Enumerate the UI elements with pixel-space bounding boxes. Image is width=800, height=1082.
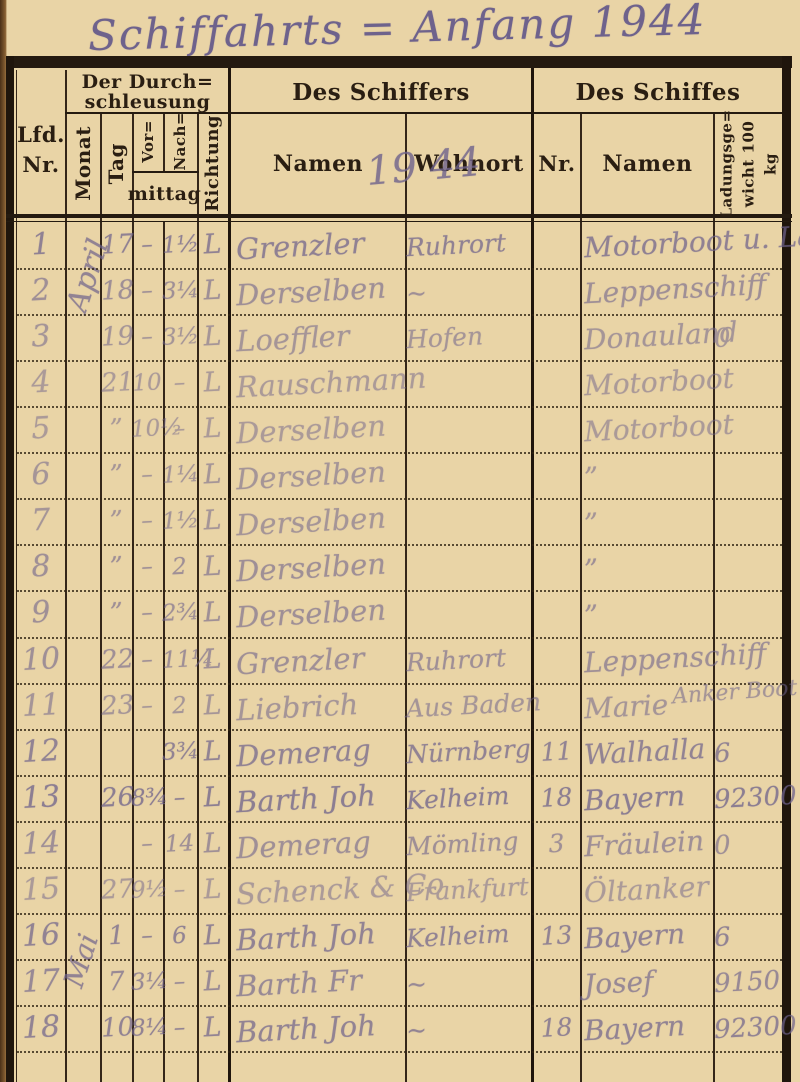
cell-richtung: L	[195, 452, 230, 498]
cell-tag: 19	[100, 314, 133, 360]
cell-tag: ”	[100, 591, 133, 637]
cell-schiff: ”	[583, 588, 715, 639]
cell-tag: 1	[100, 913, 133, 959]
cell-nach: –	[161, 1005, 198, 1051]
cell-tag: ”	[100, 499, 133, 545]
cell-nr: 10	[17, 636, 65, 682]
cell-richtung: L	[195, 775, 230, 821]
table-row: 18108¼–LBarth Joh~18Bayern92300	[0, 1005, 800, 1051]
cell-ladung: 92300	[713, 774, 795, 822]
cell-nach: –	[161, 406, 198, 452]
cell-schiffer: Barth Fr	[235, 956, 407, 1009]
cell-vor: –	[130, 591, 164, 637]
cell-nr: 17	[17, 959, 65, 1005]
cell-schiff: ”	[583, 542, 715, 593]
table-row: 161–6LBarth JohKelheim13Bayern6	[0, 913, 800, 959]
cell-schiffer: Derselben	[235, 541, 407, 594]
cell-nach: 1¼	[161, 452, 198, 498]
cell-nr: 14	[17, 821, 65, 867]
cell-schiff: Motorboot	[583, 358, 715, 409]
cell-vor: –	[130, 545, 164, 591]
table-row: 7”–1½LDerselben”	[0, 498, 800, 544]
cell-richtung: L	[195, 729, 230, 775]
table-row: 123¾LDemeragNürnberg11Walhalla6	[0, 729, 800, 775]
cell-schiffer: Barth Joh	[235, 771, 407, 824]
cell-vor: 8¼	[130, 1005, 164, 1051]
cell-schiff: Motorboot u. Lagger	[583, 220, 715, 271]
cell-nach: –	[161, 959, 198, 1005]
cell-richtung: L	[195, 222, 230, 268]
cell-nach: –	[161, 775, 198, 821]
table-row: 9”–2¾LDerselben”	[0, 590, 800, 636]
cell-vor: –	[130, 683, 164, 729]
cell-schiffer: Derselben	[235, 403, 407, 456]
cell-richtung: L	[195, 683, 230, 729]
cell-schiff_nr: 18	[532, 775, 581, 821]
cell-vor: 3¼	[130, 959, 164, 1005]
cell-schiffer: Loeffler	[235, 311, 407, 364]
cell-nr: 8	[17, 544, 65, 590]
cell-vor: –	[130, 637, 164, 683]
cell-richtung: L	[195, 1005, 230, 1051]
cell-nr: 16	[17, 913, 65, 959]
cell-schiffer: Demerag	[235, 725, 407, 778]
cell-schiff_nr: 18	[532, 1005, 581, 1051]
cell-schiffer: Grenzler	[235, 219, 407, 272]
cell-nr: 18	[17, 1005, 65, 1051]
cell-ladung: 0	[713, 820, 795, 868]
cell-nr: 13	[17, 775, 65, 821]
cell-tag: 17	[100, 222, 133, 268]
cell-nach: 1½	[161, 498, 198, 544]
cell-schiffer: Grenzler	[235, 633, 407, 686]
cell-vor: 9½	[130, 867, 164, 913]
table-row: 5”10½–LDerselbenMotorboot	[0, 406, 800, 452]
cell-tag: ”	[100, 545, 133, 591]
cell-richtung: L	[195, 867, 230, 913]
cell-richtung: L	[195, 821, 230, 867]
cell-schiff: Bayern	[583, 1003, 715, 1054]
cell-schiff-secondary: Anker Boot	[671, 666, 799, 719]
cell-vor: –	[130, 222, 164, 268]
cell-schiffer: Barth Joh	[235, 909, 407, 962]
cell-wohnort: Ruhrort	[405, 220, 533, 271]
cell-wohnort: ~	[405, 1003, 533, 1054]
cell-nr: 3	[17, 314, 65, 360]
cell-tag: 23	[100, 683, 133, 729]
table-row: 319–3½LLoefflerHofenDonauland0	[0, 314, 800, 360]
cell-schiff: Öltanker	[583, 864, 715, 915]
cell-wohnort: Nürnberg	[405, 726, 533, 777]
cell-wohnort: Kelheim	[405, 911, 533, 962]
cell-vor: –	[130, 821, 164, 867]
cell-wohnort: Mömling	[405, 818, 533, 869]
cell-nach: 3½	[161, 314, 198, 360]
cell-vor: –	[130, 268, 164, 314]
cell-nr: 7	[17, 498, 65, 544]
cell-richtung: L	[195, 913, 230, 959]
cell-nr: 5	[17, 406, 65, 452]
cell-nach: –	[161, 867, 198, 913]
cell-nr: 9	[17, 590, 65, 636]
cell-schiff: Bayern	[583, 772, 715, 823]
cell-tag: 18	[100, 268, 133, 314]
cell-richtung: L	[195, 545, 230, 591]
cell-tag: ”	[100, 453, 133, 499]
row-separator	[17, 1051, 782, 1053]
cell-nach: –	[161, 360, 198, 406]
cell-vor: 10	[130, 360, 164, 406]
cell-nr: 12	[17, 728, 65, 774]
cell-schiff: Bayern	[583, 911, 715, 962]
cell-schiff: Motorboot	[583, 404, 715, 455]
cell-richtung: L	[195, 360, 230, 406]
cell-ladung: 6	[713, 912, 795, 960]
cell-wohnort: Frankfurt	[405, 865, 533, 916]
cell-richtung: L	[195, 268, 230, 314]
cell-vor: –	[130, 314, 164, 360]
cell-tag: ”	[100, 406, 133, 452]
cell-richtung: L	[195, 499, 230, 545]
cell-nach: 3¾	[161, 729, 198, 775]
cell-nr: 6	[17, 452, 65, 498]
table-row: 13268¾–LBarth JohKelheim18Bayern92300	[0, 775, 800, 821]
cell-ladung: 9150	[713, 958, 795, 1006]
cell-ladung: 6	[713, 728, 795, 776]
cell-schiffer: Barth Joh	[235, 1002, 407, 1055]
cell-schiffer: Demerag	[235, 817, 407, 870]
cell-ladung: 0	[713, 313, 795, 361]
cell-nach: 11¼	[161, 637, 198, 683]
cell-nach: 14	[161, 821, 198, 867]
cell-richtung: L	[195, 406, 230, 452]
cell-richtung: L	[195, 591, 230, 637]
cell-tag: 10	[100, 1005, 133, 1051]
cell-nach: 2¾	[161, 591, 198, 637]
cell-schiff: ”	[583, 496, 715, 547]
cell-nach: 3¼	[161, 268, 198, 314]
cell-schiff: Donauland	[583, 312, 715, 363]
cell-tag: 27	[100, 867, 133, 913]
table-row: 14–14LDemeragMömling3Fräulein0	[0, 821, 800, 867]
cell-nach: 1½	[161, 222, 198, 268]
cell-vor: 8¾	[130, 775, 164, 821]
cell-vor: –	[130, 499, 164, 545]
cell-richtung: L	[195, 959, 230, 1005]
cell-nr: 2	[17, 268, 65, 314]
cell-richtung: L	[195, 314, 230, 360]
cell-schiffer: Derselben	[235, 449, 407, 502]
cell-tag: 21	[100, 360, 133, 406]
table-row: 1773¼–LBarth Fr~Josef9150	[0, 959, 800, 1005]
cell-schiffer: Schenck & Co	[235, 863, 407, 916]
cell-tag: 22	[100, 637, 133, 683]
table-row: 117–1½LGrenzlerRuhrortMotorboot u. Lagge…	[0, 222, 800, 268]
cell-vor: –	[130, 452, 164, 498]
cell-tag: 7	[100, 959, 133, 1005]
cell-tag: 26	[100, 775, 133, 821]
table-row: 1123–2LLiebrichAus BadenMarieAnker Boot	[0, 683, 800, 729]
cell-ladung: 92300	[713, 1004, 795, 1052]
cell-nr: 4	[17, 360, 65, 406]
table-row: 218–3¼LDerselben~Leppenschiff	[0, 268, 800, 314]
cell-schiff: Walhalla	[583, 726, 715, 777]
cell-schiff_nr: 11	[532, 728, 581, 774]
table-row: 15279½–LSchenck & CoFrankfurtÖltanker	[0, 867, 800, 913]
table-row: 42110–LRauschmannMotorboot	[0, 360, 800, 406]
cell-schiffer: Derselben	[235, 495, 407, 548]
table-row: 6”–1¼LDerselben”	[0, 452, 800, 498]
cell-richtung: L	[195, 637, 230, 683]
cell-schiffer: Liebrich	[235, 679, 407, 732]
cell-nr: 1	[17, 222, 65, 268]
cell-vor: –	[130, 913, 164, 959]
cell-schiff: ”	[583, 450, 715, 501]
table-row: 8”–2LDerselben”	[0, 544, 800, 590]
cell-nr: 15	[17, 867, 65, 913]
cell-wohnort: Kelheim	[405, 772, 533, 823]
cell-nach: 6	[161, 913, 198, 959]
cell-schiff_nr: 3	[532, 821, 581, 867]
cell-wohnort: ~	[405, 266, 533, 317]
cell-wohnort: Hofen	[405, 312, 533, 363]
table-body: 117–1½LGrenzlerRuhrortMotorboot u. Lagge…	[0, 0, 800, 1082]
cell-schiffer: Derselben	[235, 265, 407, 318]
cell-schiff_nr: 13	[532, 913, 581, 959]
cell-schiff: Josef	[583, 957, 715, 1008]
cell-schiff: Leppenschiff	[583, 266, 715, 317]
cell-nr: 11	[17, 682, 65, 728]
logbook-page: Schiffahrts = Anfang 1944 Lfd. Nr. Der D…	[0, 0, 800, 1082]
cell-schiffer: Rauschmann	[235, 357, 407, 410]
cell-wohnort: Aus Baden	[405, 680, 533, 731]
cell-nach: 2	[161, 683, 198, 729]
cell-schiffer: Derselben	[235, 587, 407, 640]
cell-wohnort: ~	[405, 957, 533, 1008]
cell-wohnort: Ruhrort	[405, 634, 533, 685]
cell-vor: 10½	[130, 406, 164, 452]
cell-nach: 2	[161, 545, 198, 591]
cell-schiff: Fräulein	[583, 818, 715, 869]
